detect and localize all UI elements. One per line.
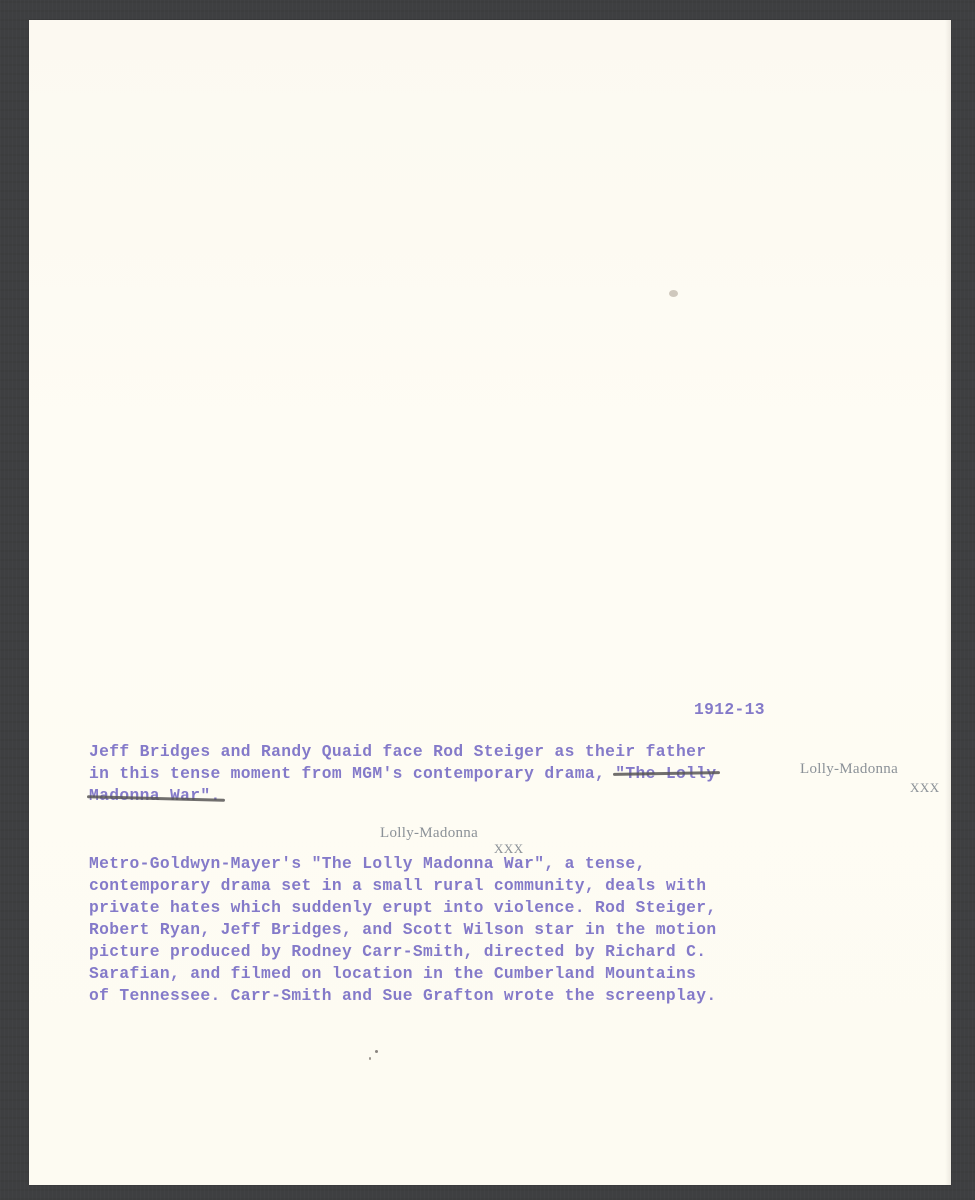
body-line-5: picture produced by Rodney Carr-Smith, d… xyxy=(89,941,706,963)
body-line-2: contemporary drama set in a small rural … xyxy=(89,875,706,897)
caption-line-2-text: in this tense moment from MGM's contempo… xyxy=(89,764,615,783)
paper-blemish xyxy=(375,1050,378,1053)
struck-title-part-1: "The Lolly xyxy=(615,764,716,783)
body-line-4: Robert Ryan, Jeff Bridges, and Scott Wil… xyxy=(89,919,716,941)
body-stamp-title: Lolly-Madonna xyxy=(380,825,478,842)
caption-line-2: in this tense moment from MGM's contempo… xyxy=(89,763,716,785)
photo-number: 1912-13 xyxy=(694,699,765,721)
body-line-7: of Tennessee. Carr-Smith and Sue Grafton… xyxy=(89,985,716,1007)
caption-line-3: Madonna War". xyxy=(89,785,221,807)
correction-stamp-title: Lolly-Madonna xyxy=(800,761,898,778)
paper-blemish xyxy=(669,290,678,297)
caption-line-1: Jeff Bridges and Randy Quaid face Rod St… xyxy=(89,741,706,763)
body-line-3: private hates which suddenly erupt into … xyxy=(89,897,716,919)
photo-back-paper: 1912-13 Jeff Bridges and Randy Quaid fac… xyxy=(29,20,951,1185)
struck-title-part-2: Madonna War". xyxy=(89,786,221,805)
correction-stamp-mark: XXX xyxy=(910,781,940,795)
body-line-1: Metro-Goldwyn-Mayer's "The Lolly Madonna… xyxy=(89,853,646,875)
body-line-6: Sarafian, and filmed on location in the … xyxy=(89,963,696,985)
paper-blemish xyxy=(369,1057,371,1060)
